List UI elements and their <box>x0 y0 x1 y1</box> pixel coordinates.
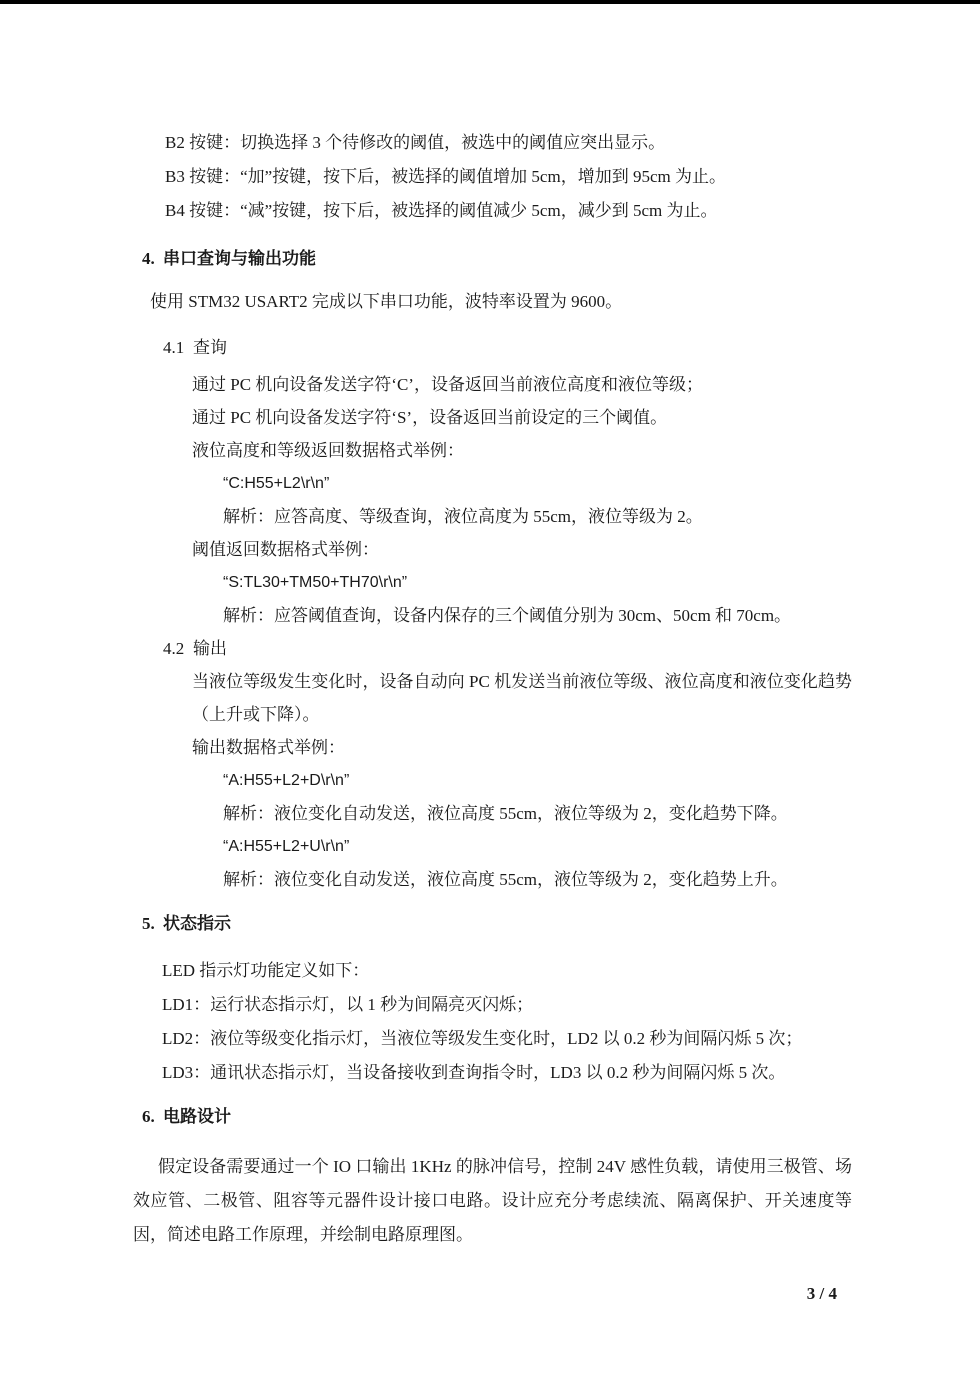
subsection-4-2-content: 当液位等级发生变化时，设备自动向 PC 机发送当前液位等级、液位高度和液位变化趋… <box>192 665 852 896</box>
subsection-4-1-number: 4.1 <box>163 331 193 365</box>
section-4-number: 4. <box>142 242 163 276</box>
key-b3-line: B3 按键：“加”按键，按下后，被选择的阈值增加 5cm，增加到 95cm 为止… <box>165 160 852 194</box>
document-page: B2 按键：切换选择 3 个待修改的阈值，被选中的阈值应突出显示。 B3 按键：… <box>0 0 980 1398</box>
ld1-line: LD1：运行状态指示灯，以 1 秒为间隔亮灭闪烁； <box>162 988 852 1022</box>
level-format-code: “C:H55+L2\r\n” <box>223 467 852 500</box>
output-description: 当液位等级发生变化时，设备自动向 PC 机发送当前液位等级、液位高度和液位变化趋… <box>192 665 852 731</box>
page-content: B2 按键：切换选择 3 个待修改的阈值，被选中的阈值应突出显示。 B3 按键：… <box>0 0 980 1311</box>
ld2-line: LD2：液位等级变化指示灯，当液位等级发生变化时，LD2 以 0.2 秒为间隔闪… <box>162 1022 852 1056</box>
ld3-line: LD3：通讯状态指示灯，当设备接收到查询指令时，LD3 以 0.2 秒为间隔闪烁… <box>162 1056 852 1090</box>
scan-edge-bar <box>0 0 980 4</box>
subsection-4-1-content: 通过 PC 机向设备发送字符‘C’，设备返回当前液位高度和液位等级； 通过 PC… <box>192 368 852 632</box>
subsection-4-1-title: 查询 <box>193 331 227 365</box>
threshold-format-code: “S:TL30+TM50+TH70\r\n” <box>223 566 852 599</box>
section-6-title: 电路设计 <box>163 1100 231 1134</box>
section-4-intro: 使用 STM32 USART2 完成以下串口功能，波特率设置为 9600。 <box>150 285 852 319</box>
threshold-format-parse: 解析：应答阈值查询，设备内保存的三个阈值分别为 30cm、50cm 和 70cm… <box>223 599 852 632</box>
section-5-content: LED 指示灯功能定义如下： LD1：运行状态指示灯，以 1 秒为间隔亮灭闪烁；… <box>162 954 852 1090</box>
section-5-heading: 5. 状态指示 <box>142 907 852 941</box>
circuit-design-paragraph: 假定设备需要通过一个 IO 口输出 1KHz 的脉冲信号，控制 24V 感性负载… <box>133 1150 852 1252</box>
section-6-heading: 6. 电路设计 <box>142 1100 852 1134</box>
query-c-line: 通过 PC 机向设备发送字符‘C’，设备返回当前液位高度和液位等级； <box>192 368 852 401</box>
subsection-4-2-number: 4.2 <box>163 632 193 665</box>
section-4-title: 串口查询与输出功能 <box>163 242 316 276</box>
key-function-list: B2 按键：切换选择 3 个待修改的阈值，被选中的阈值应突出显示。 B3 按键：… <box>165 126 852 228</box>
output-format-intro: 输出数据格式举例： <box>192 731 852 764</box>
output-down-code: “A:H55+L2+D\r\n” <box>223 764 852 797</box>
section-4-heading: 4. 串口查询与输出功能 <box>142 242 852 276</box>
page-number: 3 / 4 <box>133 1277 837 1311</box>
query-s-line: 通过 PC 机向设备发送字符‘S’，设备返回当前设定的三个阈值。 <box>192 401 852 434</box>
subsection-4-2-title: 输出 <box>193 632 227 665</box>
key-b2-line: B2 按键：切换选择 3 个待修改的阈值，被选中的阈值应突出显示。 <box>165 126 852 160</box>
threshold-format-intro: 阈值返回数据格式举例： <box>192 533 852 566</box>
output-up-code: “A:H55+L2+U\r\n” <box>223 830 852 863</box>
subsection-4-1-heading: 4.1 查询 <box>163 331 852 365</box>
output-down-parse: 解析：液位变化自动发送，液位高度 55cm，液位等级为 2，变化趋势下降。 <box>223 797 852 830</box>
section-5-number: 5. <box>142 907 163 941</box>
level-format-intro: 液位高度和等级返回数据格式举例： <box>192 434 852 467</box>
level-format-parse: 解析：应答高度、等级查询，液位高度为 55cm，液位等级为 2。 <box>223 500 852 533</box>
section-5-title: 状态指示 <box>163 907 231 941</box>
led-intro-line: LED 指示灯功能定义如下： <box>162 954 852 988</box>
output-up-parse: 解析：液位变化自动发送，液位高度 55cm，液位等级为 2，变化趋势上升。 <box>223 863 852 896</box>
key-b4-line: B4 按键：“减”按键，按下后，被选择的阈值减少 5cm，减少到 5cm 为止。 <box>165 194 852 228</box>
subsection-4-2-heading: 4.2 输出 <box>163 632 852 665</box>
section-6-number: 6. <box>142 1100 163 1134</box>
